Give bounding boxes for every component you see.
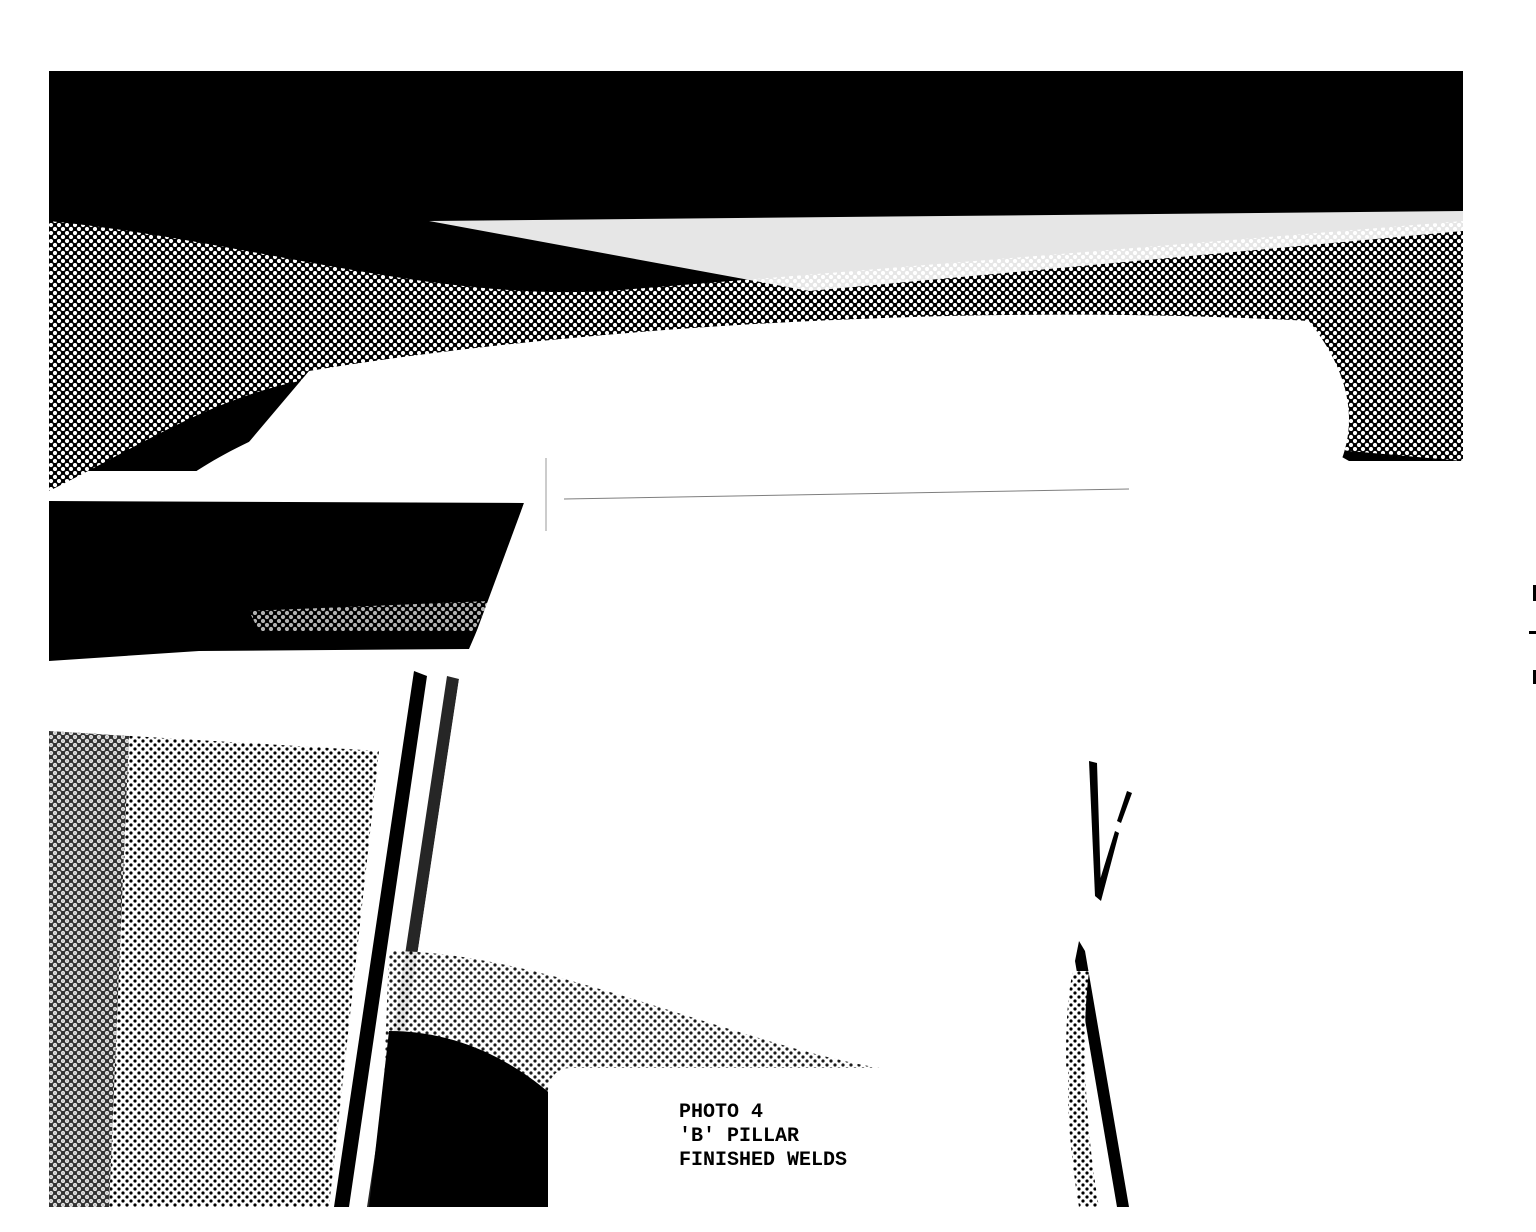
b-pillar-photo xyxy=(49,71,1463,1207)
scan-mark xyxy=(1529,631,1536,634)
caption-line-subject: 'B' PILLAR xyxy=(679,1125,847,1149)
photograph xyxy=(49,71,1463,1207)
photo-caption: PHOTO 4'B' PILLARFINISHED WELDS xyxy=(679,1101,847,1173)
caption-line-detail: FINISHED WELDS xyxy=(679,1149,847,1173)
caption-line-photo-number: PHOTO 4 xyxy=(679,1101,847,1125)
